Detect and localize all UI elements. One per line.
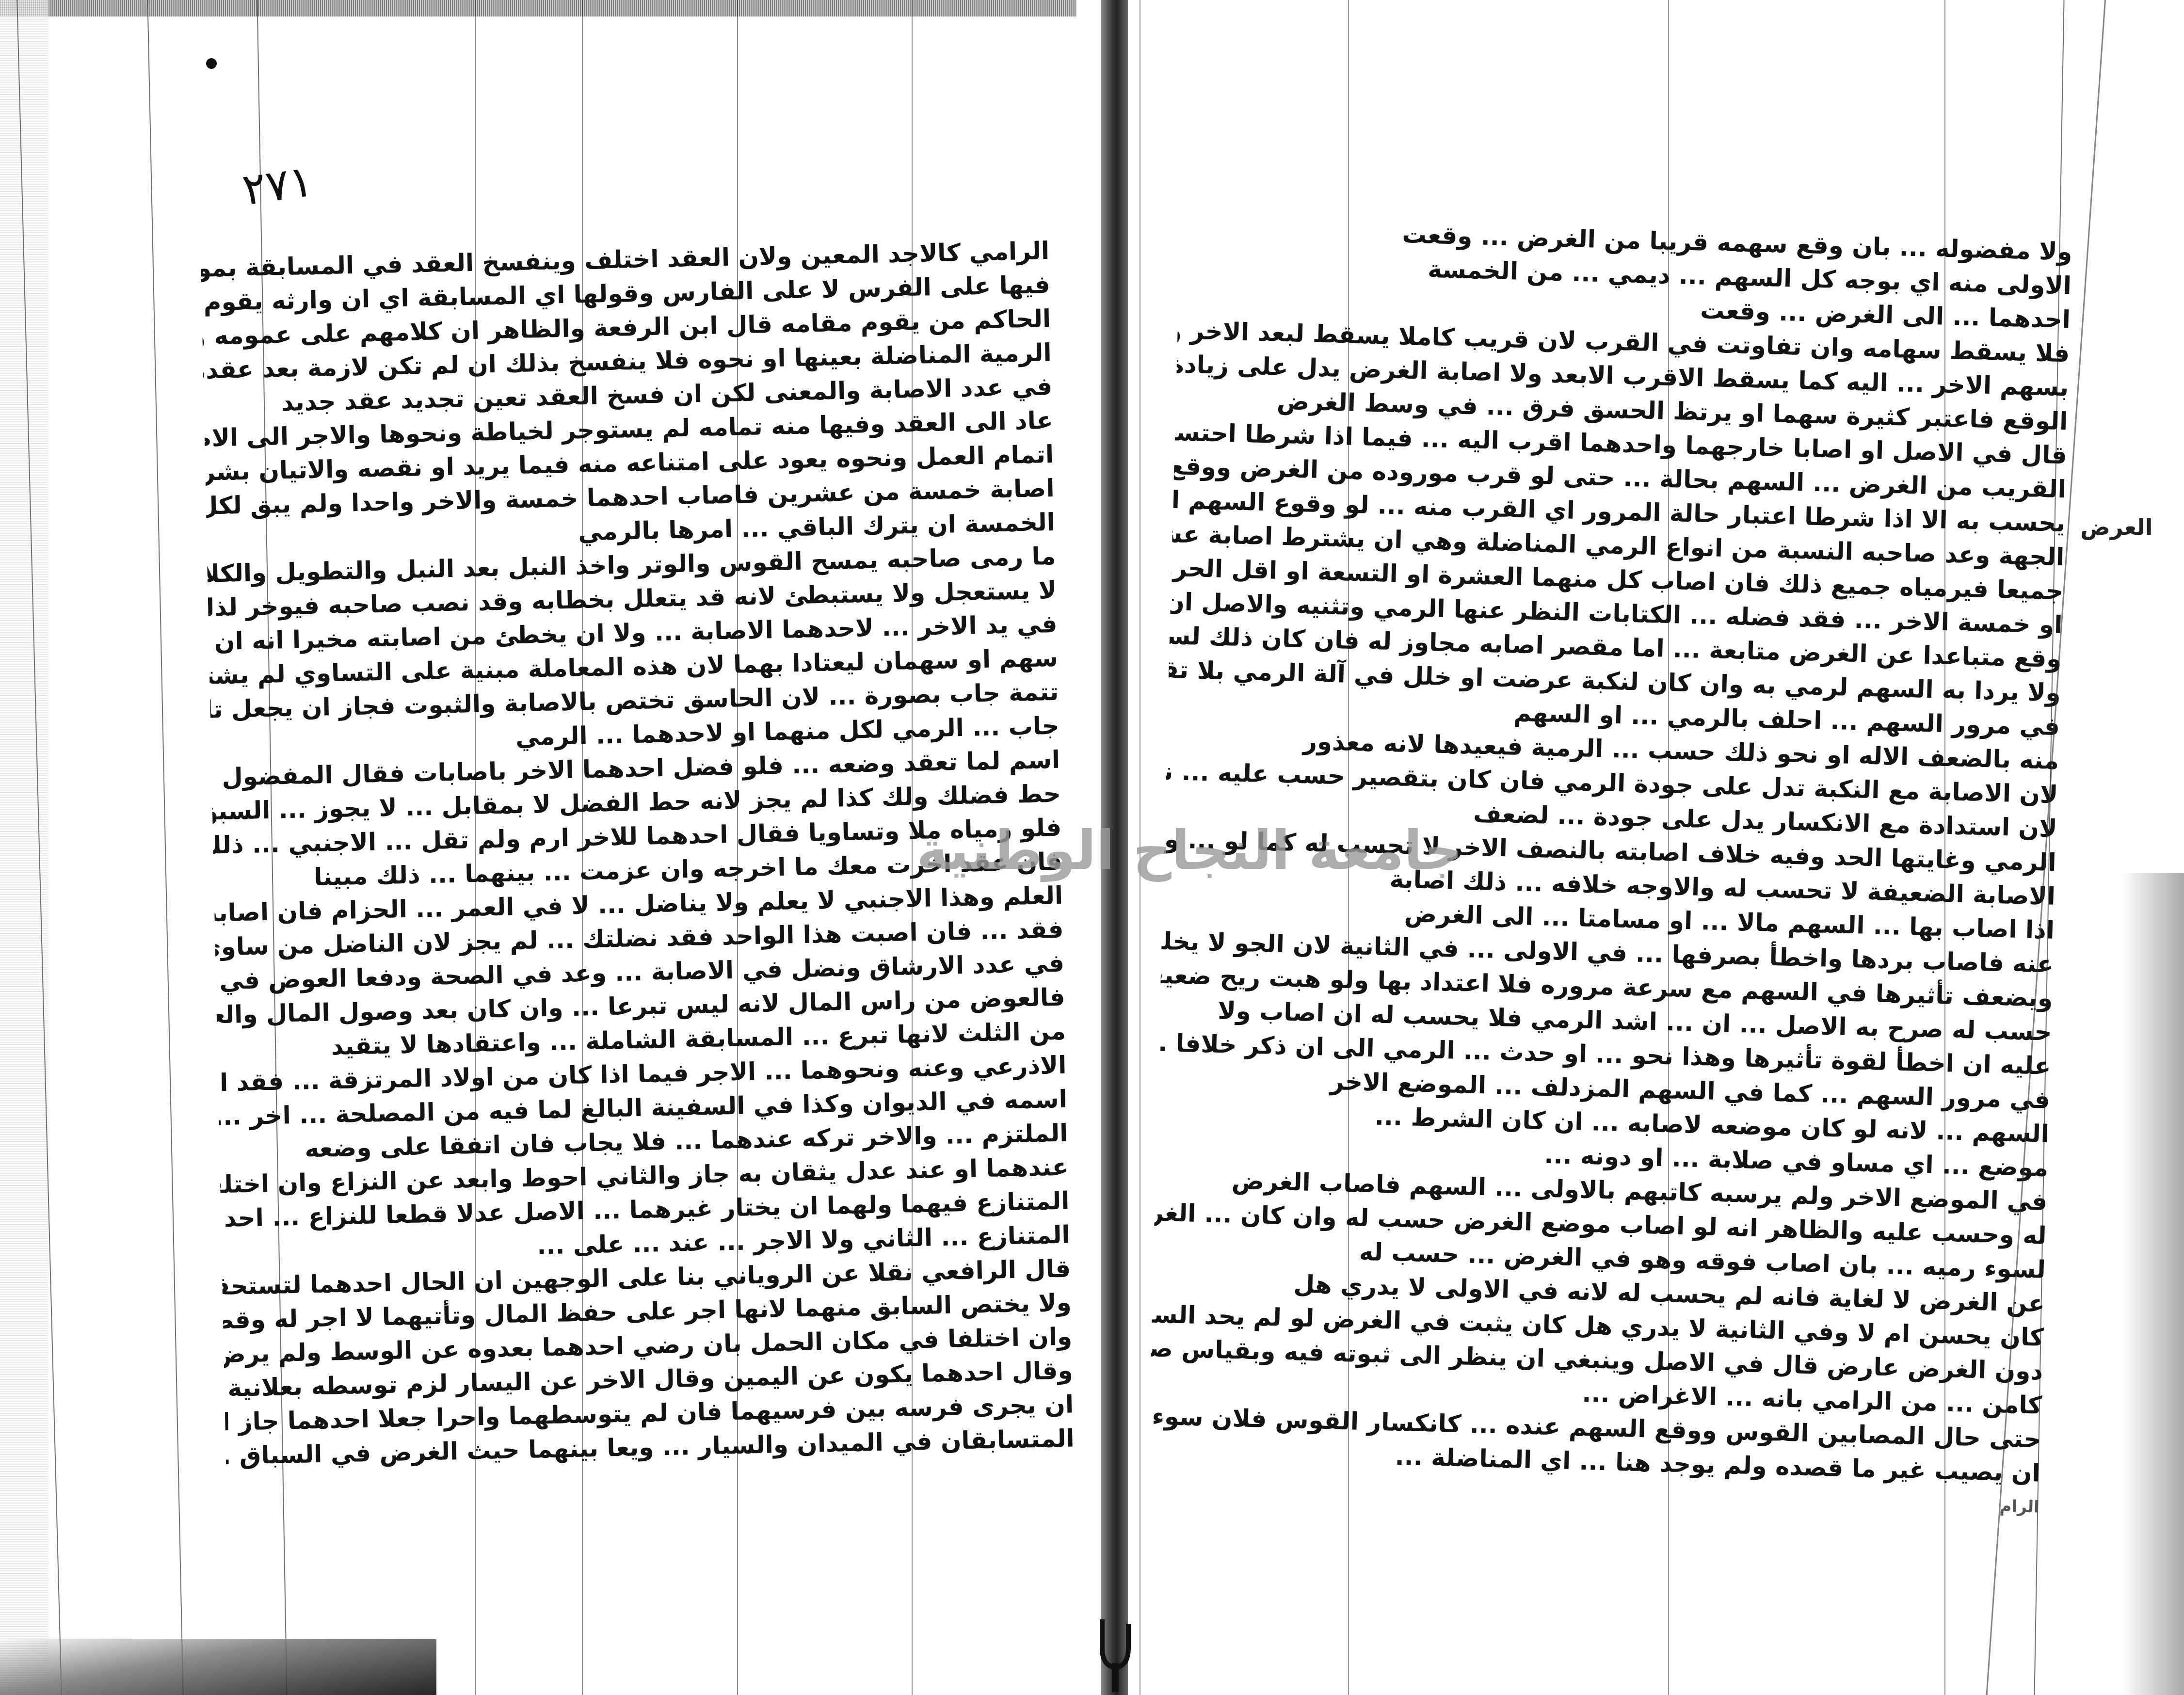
manuscript-spread: ٢٧١ الرامي كالاجد المعين ولان العقد اختل… [0,0,2184,1695]
library-watermark: جامعة النجاح الوطنية [916,819,1462,881]
ink-blot [206,58,217,69]
scan-shadow [2124,873,2184,1695]
column-rule [147,0,183,1695]
column-rule [16,0,62,1695]
scan-shadow [0,1639,436,1695]
folio-number: ٢٧١ [239,155,316,215]
margin-note: العرض [2080,514,2153,540]
